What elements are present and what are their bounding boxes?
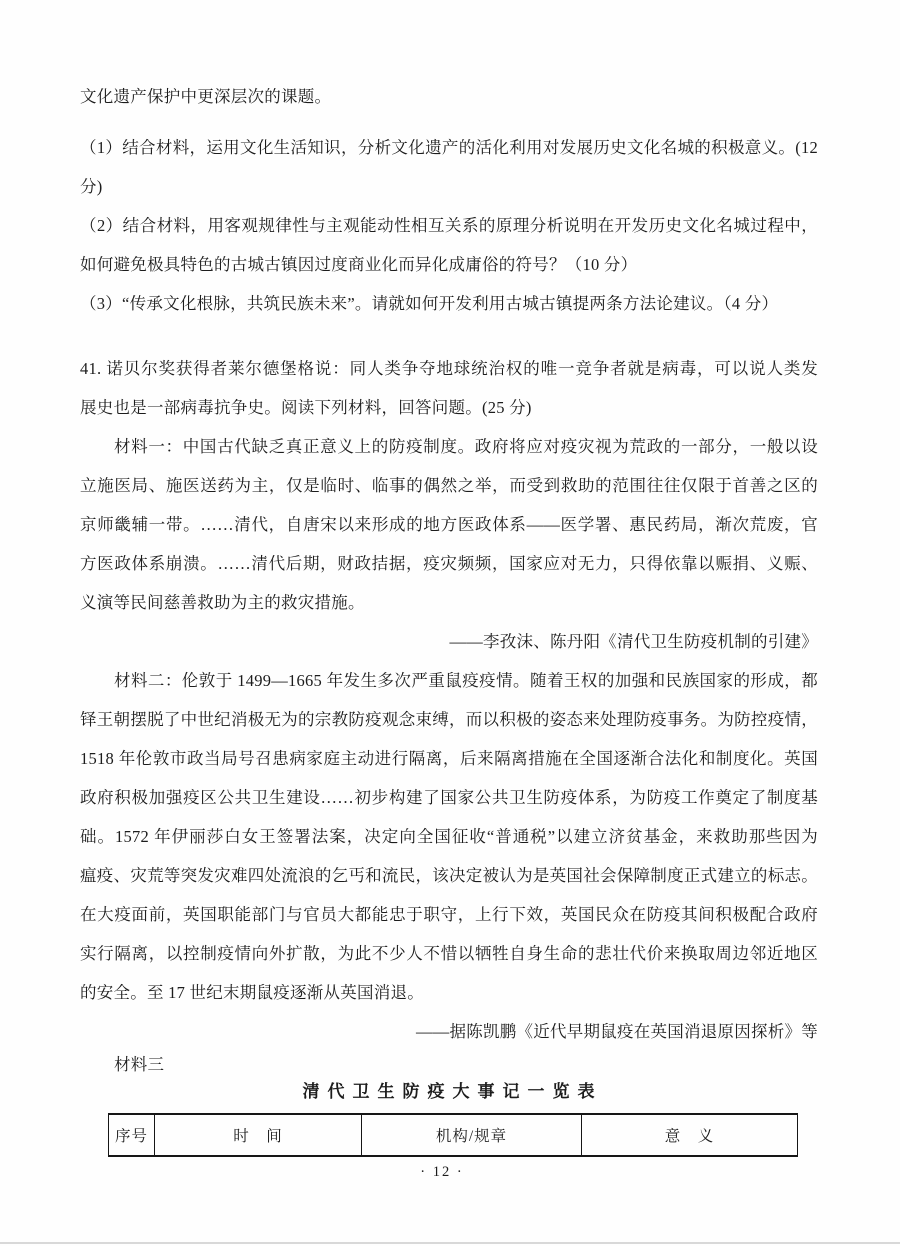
text-line: 材料三 [80, 1051, 818, 1079]
text-line: 展史也是一部病毒抗争史。阅读下列材料，回答问题。(25 分) [80, 388, 818, 427]
text-line: 实行隔离，以控制疫情向外扩散，为此不少人不惜以牺牲自身生命的悲壮代价来换取周边邻… [80, 934, 818, 973]
table-header-cell: 时 间 [155, 1114, 362, 1156]
table-header-row: 序号时 间机构/规章意 义 [109, 1114, 798, 1156]
text-line: 材料一：中国古代缺乏真正意义上的防疫制度。政府将应对疫灾视为荒政的一部分，一般以… [80, 427, 818, 466]
page-number: · 12 · [0, 1164, 884, 1181]
table-title: 清代卫生防疫大事记一览表 [108, 1079, 797, 1105]
text-line: 分) [80, 167, 818, 206]
exam-text-block: 文化遗产保护中更深层次的课题。（1）结合材料，运用文化生活知识，分析文化遗产的活… [80, 77, 818, 1079]
text-line: 京师畿辅一带。……清代，自唐宋以来形成的地方医政体系——医学署、惠民药局，渐次荒… [80, 505, 818, 544]
text-line: 瘟疫、灾荒等突发灾难四处流浪的乞丐和流民，该决定被认为是英国社会保障制度正式建立… [80, 856, 818, 895]
text-line: ——李孜沫、陈丹阳《清代卫生防疫机制的引建》 [80, 622, 818, 661]
table-header-cell: 序号 [109, 1114, 155, 1156]
epidemic-events-table: 序号时 间机构/规章意 义 [108, 1113, 798, 1157]
text-line: 础。1572 年伊丽莎白女王签署法案，决定向全国征收“普通税”以建立济贫基金，来… [80, 817, 818, 856]
text-line: （3）“传承文化根脉，共筑民族未来”。请就如何开发利用古城古镇提两条方法论建议。… [80, 284, 818, 323]
text-line: （1）结合材料，运用文化生活知识，分析文化遗产的活化利用对发展历史文化名城的积极… [80, 128, 818, 167]
epidemic-events-table-section: 清代卫生防疫大事记一览表 序号时 间机构/规章意 义 [108, 1079, 797, 1157]
table-header-cell: 意 义 [582, 1114, 798, 1156]
page-bottom-scan-edge [0, 1242, 900, 1244]
text-line: （2）结合材料，用客观规律性与主观能动性相互关系的原理分析说明在开发历史文化名城… [80, 206, 818, 245]
text-line: 41. 诺贝尔奖获得者莱尔德堡格说：同人类争夺地球统治权的唯一竞争者就是病毒，可… [80, 349, 818, 388]
text-line: 如何避免极具特色的古城古镇因过度商业化而异化成庸俗的符号？（10 分） [80, 245, 818, 284]
text-line: 的安全。至 17 世纪末期鼠疫逐渐从英国消退。 [80, 973, 818, 1012]
scanned-exam-page: 文化遗产保护中更深层次的课题。（1）结合材料，运用文化生活知识，分析文化遗产的活… [0, 0, 900, 1246]
text-line: 文化遗产保护中更深层次的课题。 [80, 77, 818, 116]
text-line: 方医政体系崩溃。……清代后期，财政拮据，疫灾频频，国家应对无力，只得依靠以赈捐、… [80, 544, 818, 583]
text-line: 政府积极加强疫区公共卫生建设……初步构建了国家公共卫生防疫体系，为防疫工作奠定了… [80, 778, 818, 817]
text-line: 材料二：伦敦于 1499—1665 年发生多次严重鼠疫疫情。随着王权的加强和民族… [80, 661, 818, 700]
text-line: ——据陈凯鹏《近代早期鼠疫在英国消退原因探析》等 [80, 1012, 818, 1051]
text-line: 义演等民间慈善救助为主的救灾措施。 [80, 583, 818, 622]
text-line: 立施医局、施医送药为主，仅是临时、临事的偶然之举，而受到救助的范围往往仅限于首善… [80, 466, 818, 505]
text-line: 在大疫面前，英国职能部门与官员大都能忠于职守，上行下效，英国民众在防疫其间积极配… [80, 895, 818, 934]
table-header-cell: 机构/规章 [362, 1114, 582, 1156]
text-line: 1518 年伦敦市政当局号召患病家庭主动进行隔离，后来隔离措施在全国逐渐合法化和… [80, 739, 818, 778]
text-line: 铎王朝摆脱了中世纪消极无为的宗教防疫观念束缚，而以积极的姿态来处理防疫事务。为防… [80, 700, 818, 739]
